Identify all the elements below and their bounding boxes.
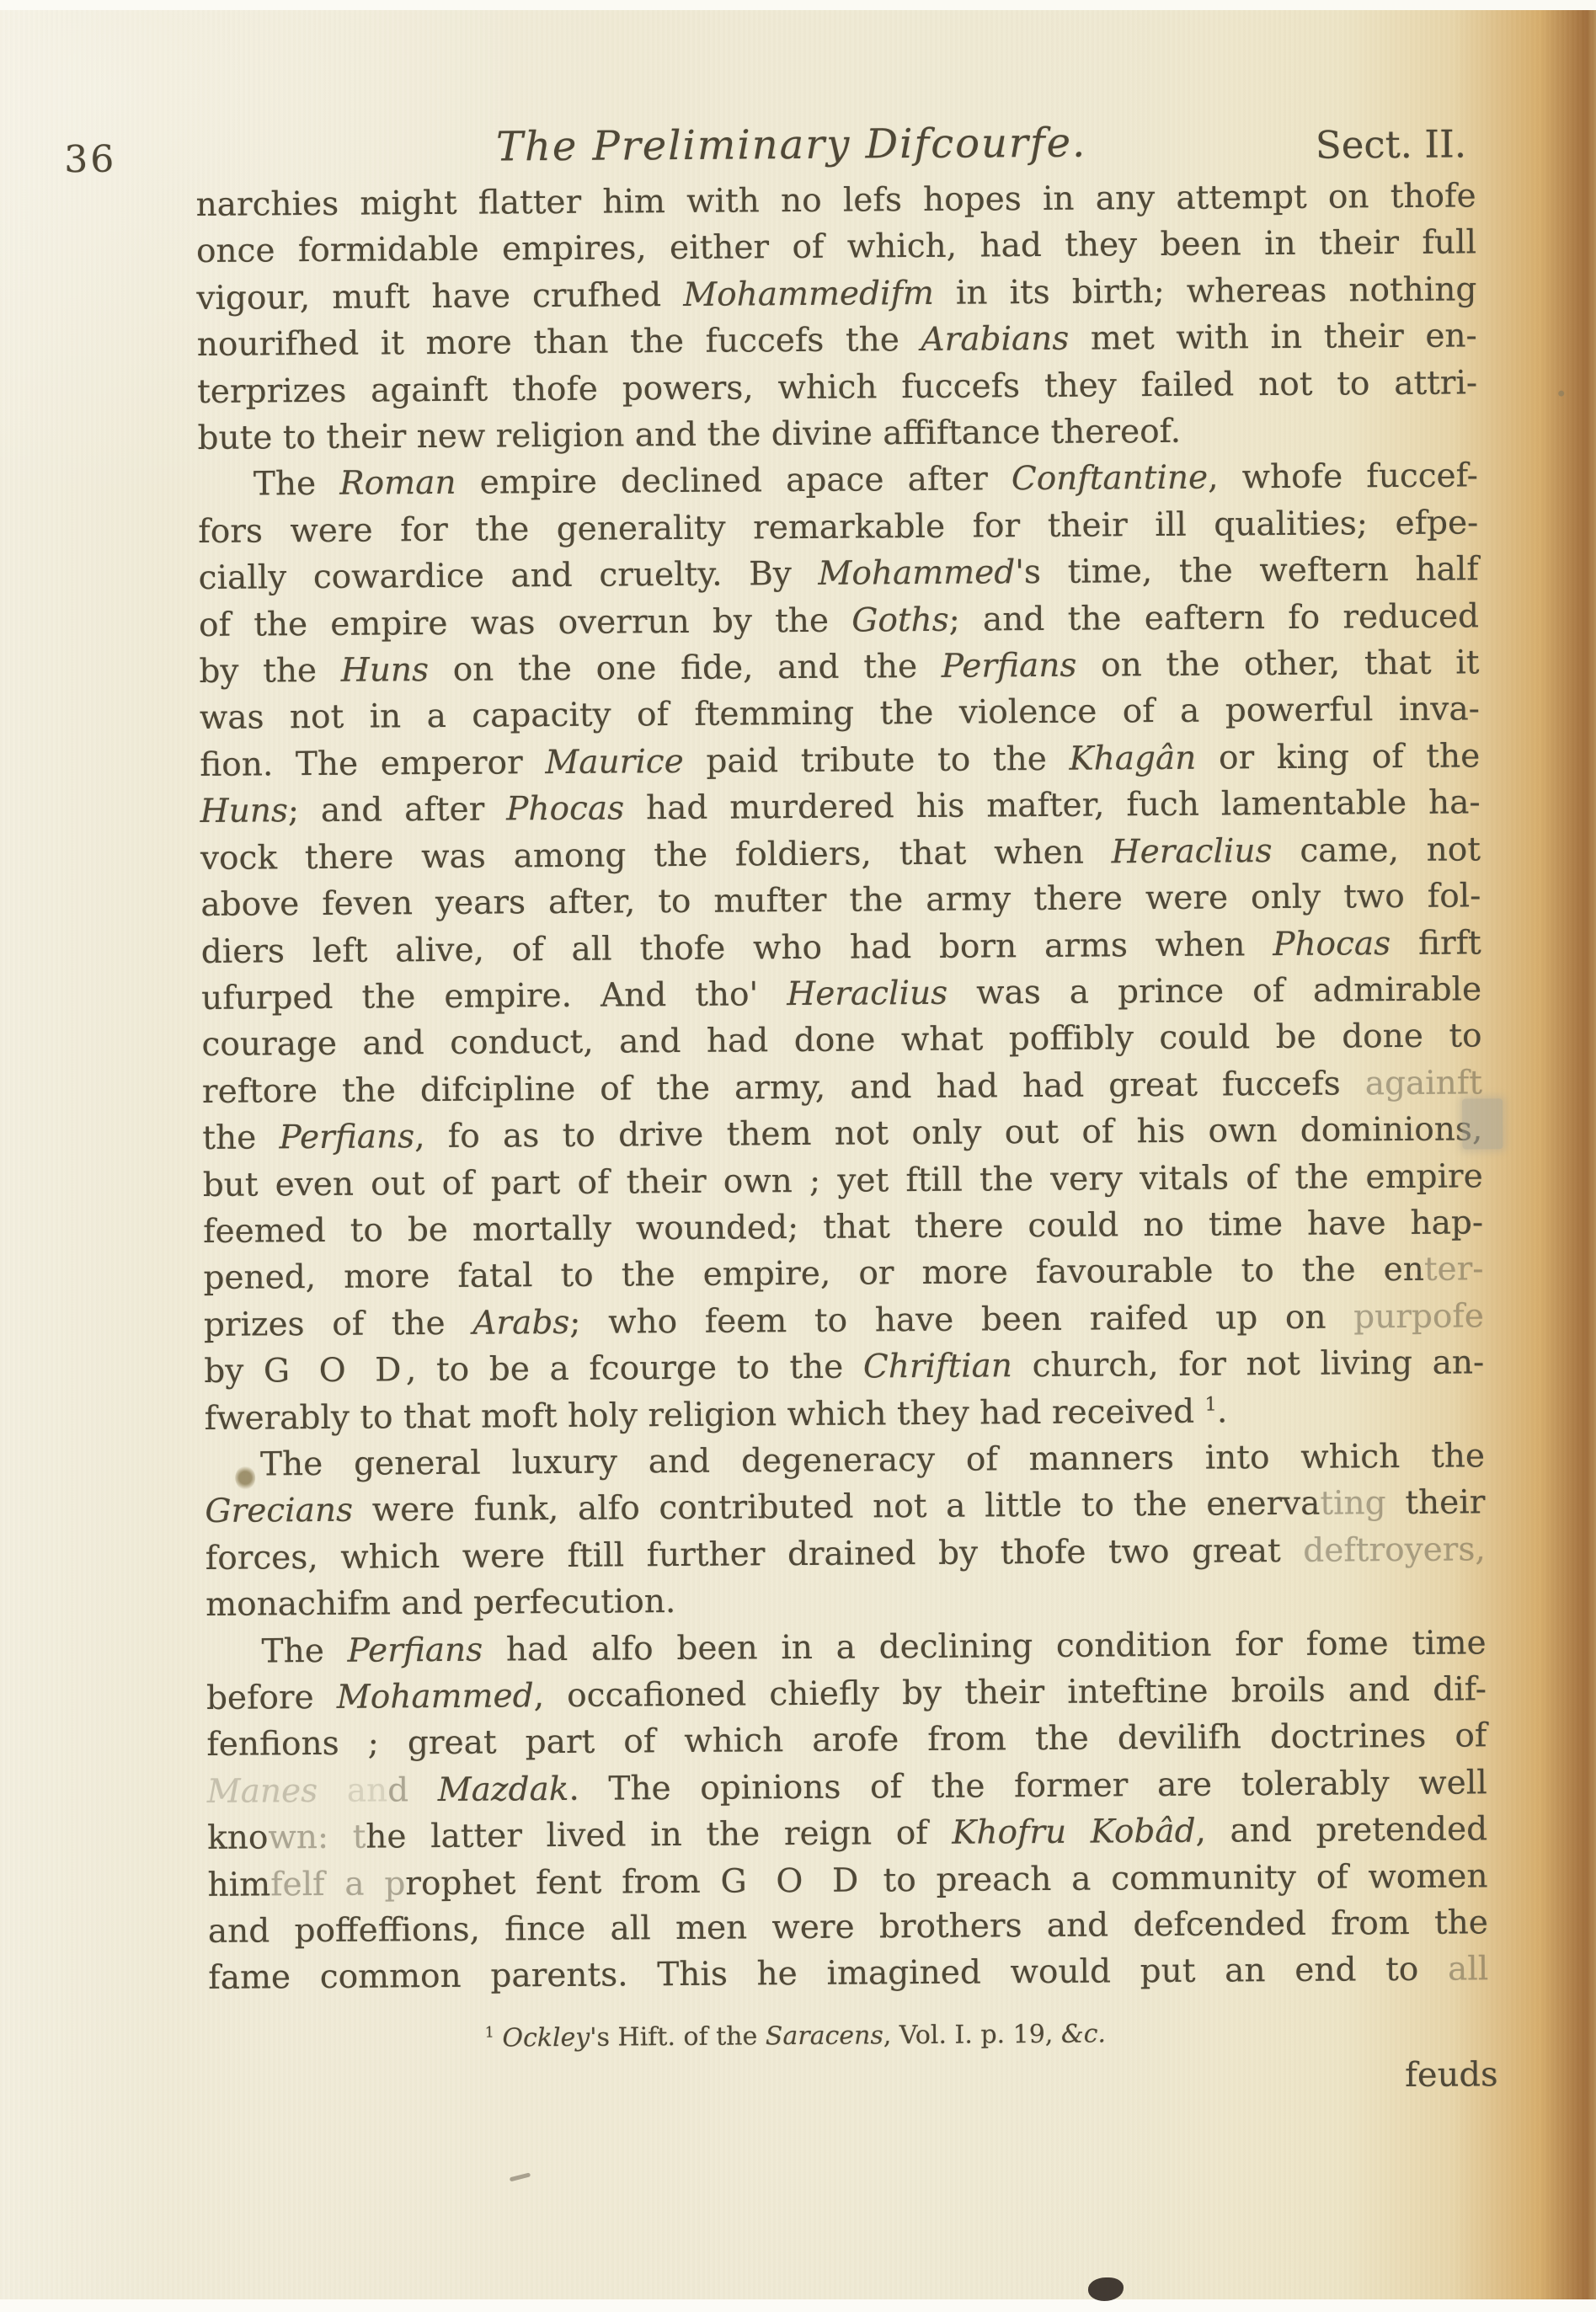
text-segment: felf a p [270, 1865, 406, 1904]
text-segment: ting [1320, 1485, 1386, 1524]
text-segment: . [1217, 1392, 1228, 1430]
text-segment: Phocas [1273, 925, 1390, 964]
text-segment: ; and after [288, 791, 507, 830]
text-block: narchies might flatter him with no lefs … [195, 173, 1488, 2001]
text-segment: Mohammed [818, 553, 1015, 593]
text-segment: Grecians [205, 1492, 353, 1530]
text-segment: 1 [485, 2025, 494, 2042]
text-line: The Roman empire declined apace after Co… [198, 453, 1478, 509]
text-segment: kno [207, 1819, 269, 1858]
text-segment: met with in their en- [1069, 318, 1477, 358]
text-segment: cially cowardice and cruelty. By [199, 555, 819, 597]
text-segment: church, for not living an- [1012, 1343, 1485, 1385]
text-segment: ; who feem to have been raifed up on [569, 1298, 1353, 1341]
text-segment: 's time, the weftern half [1015, 551, 1479, 592]
text-segment: , fo as to drive them not only out of hi… [414, 1110, 1482, 1156]
text-line: once formidable empires, either of which… [196, 220, 1476, 275]
text-segment: Huns [341, 651, 430, 690]
text-line: by G O D, to be a fcourge to the Chrifti… [204, 1339, 1484, 1395]
footnote: 1 Ockley's Hift. of the Saracens, Vol. I… [485, 2019, 1106, 2053]
text-segment: the [202, 1119, 279, 1157]
text-segment: on the other, that it [1076, 643, 1479, 684]
text-line: fame common parents. This he imagined wo… [208, 1946, 1488, 2002]
text-segment: on the one fide, and the [429, 648, 942, 689]
text-segment: ufurped the empire. And tho' [201, 975, 787, 1017]
text-segment: diers left alive, of all thofe who had b… [201, 926, 1273, 971]
text-segment: Maurice [545, 743, 684, 782]
text-segment: Saracens [766, 2021, 883, 2051]
text-segment: Mohammedifm [683, 275, 934, 314]
text-segment: Arabians [921, 320, 1069, 359]
text-segment: and poffeffions, fince all men were brot… [208, 1904, 1488, 1951]
text-segment: their [1386, 1484, 1486, 1523]
text-line: Grecians were funk, alfo contributed not… [205, 1480, 1485, 1535]
text-line: terprizes againft thofe powers, which fu… [197, 360, 1477, 415]
text-segment: Mazdak [438, 1770, 569, 1809]
text-segment: fwerably to that moft holy religion whic… [205, 1392, 1205, 1437]
text-segment: 1 [1204, 1393, 1217, 1415]
text-segment: againft [1365, 1064, 1482, 1103]
text-segment: G O D [720, 1861, 863, 1900]
text-segment: Perfians [942, 647, 1077, 686]
text-segment: nourifhed it more than the fuccefs the [197, 321, 921, 364]
text-segment: feemed to be mortally wounded; that ther… [203, 1204, 1483, 1251]
scan-content: 36 The Preliminary Difcourfe. Sect. II. … [0, 0, 1596, 2312]
text-line: pened, more fatal to the empire, or more… [203, 1247, 1483, 1302]
text-segment: Perfians [347, 1631, 483, 1669]
text-segment: Goths [851, 601, 949, 639]
text-segment: Roman [339, 464, 456, 503]
text-segment: Chriftian [863, 1347, 1012, 1386]
text-segment: rophet fent from [405, 1862, 720, 1903]
text-segment: The general luxury and degeneracy of man… [260, 1437, 1485, 1483]
text-segment: had alfo been in a declining condition f… [483, 1624, 1487, 1669]
text-line: Huns; and after Phocas had murdered his … [200, 780, 1480, 836]
text-segment: was a prince of admirable [947, 970, 1481, 1012]
text-segment: Perfians [279, 1118, 414, 1156]
text-segment: had murdered his mafter, fuch lamentable… [624, 784, 1481, 828]
ink-blot [235, 1466, 255, 1490]
text-segment: narchies might flatter him with no lefs … [195, 177, 1476, 224]
text-segment: prizes of the [204, 1304, 473, 1343]
text-line: nourifhed it more than the fuccefs the A… [197, 313, 1477, 369]
text-segment [494, 2023, 503, 2053]
text-segment: to preach a community of women [863, 1857, 1488, 1899]
text-segment: wn: t [268, 1818, 366, 1857]
text-segment: Arabs [472, 1304, 569, 1343]
scan-bottom-edge [0, 2299, 1596, 2312]
text-segment: ter- [1424, 1251, 1484, 1289]
text-segment: came, not [1272, 830, 1481, 870]
stray-dash-mark [510, 2172, 531, 2181]
text-segment: fors were for the generality remarkable … [198, 504, 1478, 551]
text-segment: forces, which were ftill further drained… [206, 1532, 1304, 1578]
text-segment: by [204, 1353, 264, 1391]
text-line: above feven years after, to mufter the a… [200, 873, 1481, 928]
text-segment: pened, more fatal to the empire, or more… [203, 1251, 1424, 1297]
margin-speck [1558, 391, 1564, 397]
text-segment: vigour, muft have crufhed [196, 276, 683, 318]
text-segment: Conftantine [1012, 459, 1209, 499]
text-segment: purpofe [1353, 1297, 1484, 1336]
text-segment: Phocas [506, 790, 624, 829]
text-segment: The [254, 465, 340, 504]
scan-top-edge [0, 0, 1596, 10]
text-segment: was not in a capacity of ftemming the vi… [200, 691, 1480, 738]
text-segment: , and pretended [1195, 1811, 1487, 1850]
text-segment: he latter lived in the reign of [366, 1814, 952, 1856]
text-line: courage and conduct, and had done what p… [201, 1013, 1481, 1069]
section-label: Sect. II. [1316, 121, 1467, 167]
text-segment: or king of the [1196, 737, 1480, 777]
text-segment: once formidable empires, either of which… [196, 224, 1476, 271]
text-segment: monachifm and perfecution. [206, 1583, 675, 1624]
text-segment: fame common parents. This he imagined wo… [208, 1951, 1448, 1997]
text-segment: Heraclius [1111, 832, 1272, 871]
text-segment: vock there was among the foldiers, that … [200, 833, 1112, 878]
text-segment: d [387, 1771, 438, 1809]
text-segment: firft [1390, 924, 1481, 963]
text-segment: of the empire was overrun by the [199, 601, 851, 643]
text-segment: but even out of part of their own ; yet … [203, 1157, 1483, 1204]
text-segment: , whofe fuccef- [1208, 457, 1478, 497]
text-segment: G O D [264, 1351, 406, 1390]
text-segment: &c. [1061, 2019, 1106, 2048]
book-page-scan: 36 The Preliminary Difcourfe. Sect. II. … [0, 0, 1596, 2312]
text-line: cially cowardice and cruelty. By Mohamme… [199, 547, 1479, 602]
text-segment: by the [199, 652, 341, 691]
text-segment: , to be a fcourge to the [406, 1348, 863, 1390]
text-segment: deftroyers, [1303, 1530, 1486, 1570]
text-segment: , occafioned chiefly by their inteftine … [533, 1670, 1487, 1715]
text-segment: Ockley [502, 2023, 590, 2053]
text-segment: . The opinions of the former are tolerab… [568, 1764, 1487, 1808]
text-segment: above feven years after, to mufter the a… [200, 877, 1481, 924]
text-segment: Manes [207, 1772, 318, 1811]
text-segment: Huns [200, 793, 288, 831]
text-segment: Khagân [1069, 740, 1196, 778]
text-segment: before [206, 1679, 337, 1717]
text-segment: Heraclius [787, 974, 947, 1013]
text-line: fenfions ; great part of which arofe fro… [206, 1713, 1487, 1769]
text-segment: 's Hift. of the [590, 2021, 766, 2052]
text-segment: paid tribute to the [684, 740, 1070, 781]
text-segment: , Vol. I. p. 19, [883, 2020, 1061, 2050]
text-line: forces, which were ftill further drained… [206, 1526, 1486, 1582]
text-segment: terprizes againft thofe powers, which fu… [197, 364, 1477, 411]
text-segment: in its birth; whereas nothing [934, 270, 1477, 312]
text-segment: Khofru Kobâd [952, 1813, 1196, 1852]
text-segment: empire declined apace after [456, 461, 1012, 503]
text-line: the Perfians, fo as to drive them not on… [202, 1106, 1482, 1161]
text-segment: him [207, 1866, 270, 1904]
text-segment: fenfions ; great part of which arofe fro… [206, 1717, 1487, 1765]
text-segment: were funk, alfo contributed not a little… [353, 1485, 1321, 1530]
text-segment: an [318, 1771, 387, 1810]
text-segment: all [1448, 1951, 1489, 1989]
text-segment: reftore the difcipline of the army, and … [202, 1065, 1365, 1111]
text-line: known: the latter lived in the reign of … [207, 1807, 1487, 1862]
text-segment: fion. The emperor [200, 744, 545, 784]
text-segment: ; and the eaftern fo reduced [949, 597, 1480, 638]
catchword: feuds [1405, 2055, 1498, 2095]
text-segment: Mohammed [337, 1677, 534, 1717]
text-segment: bute to their new religion and the divin… [197, 413, 1181, 457]
text-segment: The [261, 1631, 347, 1670]
text-segment: courage and conduct, and had done what p… [201, 1017, 1481, 1065]
repair-patch [1462, 1098, 1503, 1149]
